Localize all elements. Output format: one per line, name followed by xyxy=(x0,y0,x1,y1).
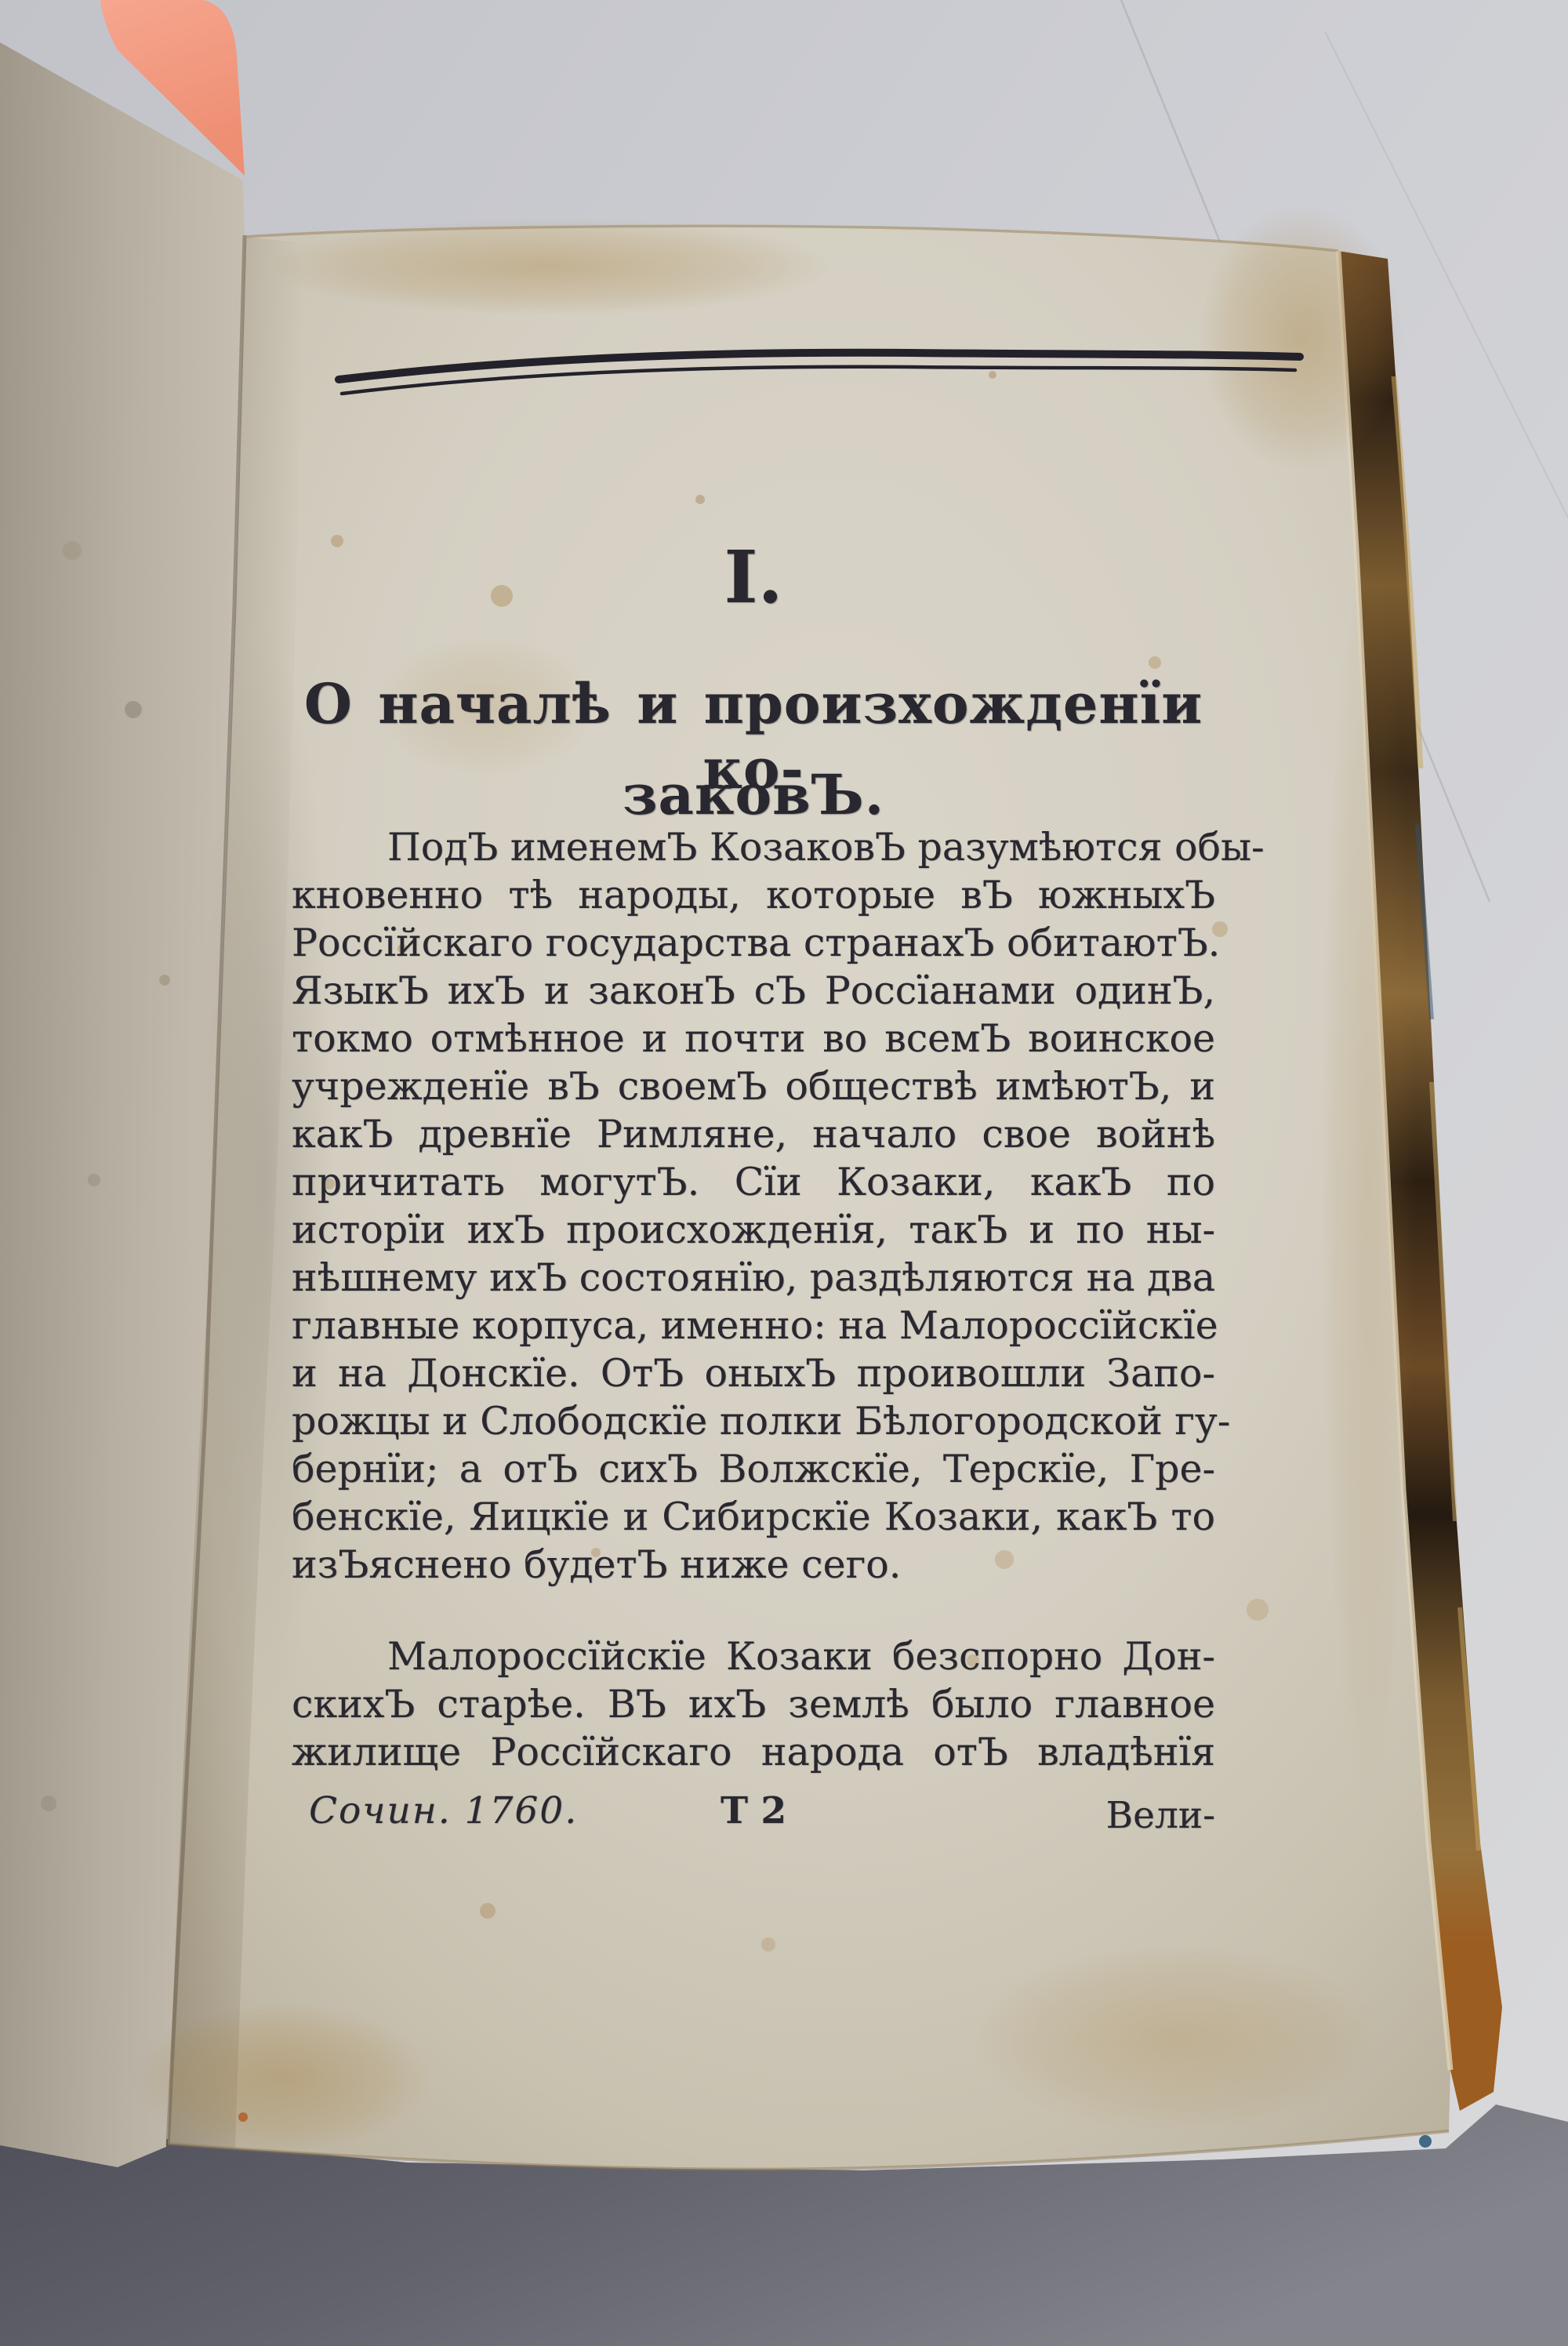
body-line: учрежденїе вЪ своемЪ обществѣ имѣютЪ, и xyxy=(292,1062,1215,1110)
body-line: ЯзыкЪ ихЪ и законЪ сЪ Россїанами одинЪ, xyxy=(292,967,1215,1015)
body-line: Россїйскаго государства странахЪ обитают… xyxy=(292,919,1215,967)
body-text: ПодЪ именемЪ КозаковЪ разумѣются обы-кно… xyxy=(292,823,1215,1776)
body-line: Малороссїйскїе Козаки безспорно Дон- xyxy=(292,1632,1215,1680)
body-line: жилище Россїйскаго народа отЪ владѣнїя xyxy=(292,1728,1215,1776)
chapter-number: I. xyxy=(292,535,1215,619)
chapter-title-line2: заковЪ. xyxy=(292,762,1215,827)
body-line: какЪ древнїе Римляне, начало свое войнѣ xyxy=(292,1110,1215,1158)
page-footer: Сочин. 1760. Т 2 Вели- xyxy=(292,1789,1215,1836)
footer-edition-note: Сочин. 1760. xyxy=(309,1789,578,1832)
body-line: и на Донскїе. ОтЪ оныхЪ проивошли Запо- xyxy=(292,1349,1215,1397)
body-line: исторїи ихЪ происхожденїя, такЪ и по ны- xyxy=(292,1206,1215,1254)
printed-page: I. О началѣ и произхожденїи ко- заковЪ. … xyxy=(0,0,1568,2346)
body-line: бенскїе, Яицкїе и Сибирскїе Козаки, какЪ… xyxy=(292,1493,1215,1541)
body-line: ПодЪ именемЪ КозаковЪ разумѣются обы- xyxy=(292,823,1215,871)
body-line: изЪяснено будетЪ ниже сего. xyxy=(292,1541,1215,1589)
body-line: токмо отмѣнное и почти во всемЪ воинское xyxy=(292,1015,1215,1062)
body-line: бернїи; а отЪ сихЪ Волжскїе, Терскїе, Гр… xyxy=(292,1445,1215,1493)
catchword: Вели- xyxy=(1106,1794,1215,1837)
book-photograph: I. О началѣ и произхожденїи ко- заковЪ. … xyxy=(0,0,1568,2346)
body-line: рожцы и Слободскїе полки Бѣлогородской г… xyxy=(292,1397,1215,1445)
body-line: причитать могутЪ. Сїи Козаки, какЪ по xyxy=(292,1158,1215,1206)
body-line: главные корпуса, именно: на Малороссїйск… xyxy=(292,1302,1215,1349)
body-line: нѣшнему ихЪ состоянїю, раздѣляются на дв… xyxy=(292,1254,1215,1302)
body-line: кновенно тѣ народы, которые вЪ южныхЪ xyxy=(292,871,1215,919)
signature-mark: Т 2 xyxy=(720,1789,786,1832)
body-line: скихЪ старѣе. ВЪ ихЪ землѣ было главное xyxy=(292,1680,1215,1728)
